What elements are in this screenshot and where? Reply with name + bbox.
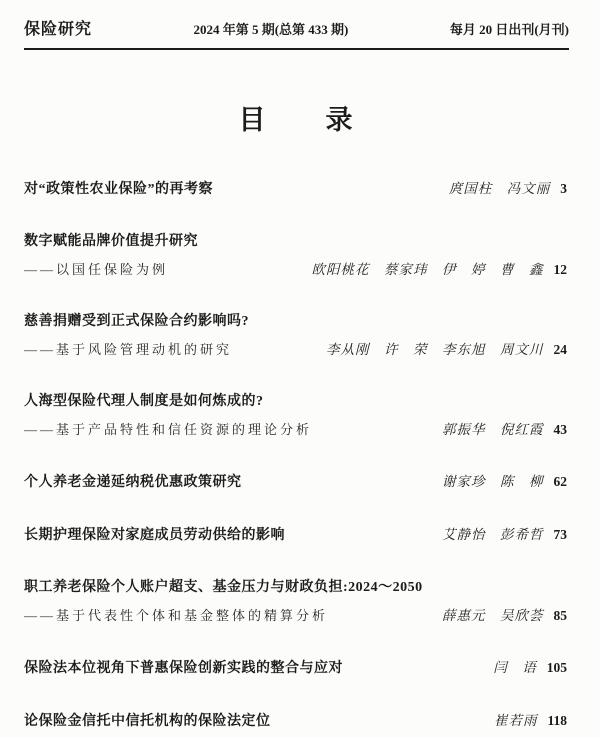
article-authors: 郭振华 倪红霞 <box>442 422 544 437</box>
article-authors: 艾静怡 彭希哲 <box>442 527 544 542</box>
toc-entry: 职工养老保险个人账户超支、基金压力与财政负担:2024～2050——基于代表性个… <box>24 574 567 630</box>
entry-subtitle-row: ——以国任保险为例欧阳桃花 蔡家玮 伊 婷 曹 鑫12 <box>24 256 567 284</box>
entry-subtitle-row: ——基于代表性个体和基金整体的精算分析薛惠元 吴欣荟85 <box>24 602 567 630</box>
article-page-number: 12 <box>554 262 568 277</box>
article-authors: 闫 语 <box>493 660 537 675</box>
toc-entry: 对“政策性农业保险”的再考察庹国柱 冯文丽3 <box>24 175 567 204</box>
article-title: 人海型保险代理人制度是如何炼成的? <box>24 388 264 416</box>
article-page-number: 24 <box>554 342 568 357</box>
article-title: 数字赋能品牌价值提升研究 <box>24 228 198 256</box>
toc-entry: 个人养老金递延纳税优惠政策研究谢家珍 陈 柳62 <box>24 468 567 497</box>
entry-title-row: 对“政策性农业保险”的再考察庹国柱 冯文丽3 <box>24 175 567 204</box>
toc-title: 目 录 <box>24 98 569 137</box>
article-authors-page: 艾静怡 彭希哲73 <box>442 521 567 549</box>
article-authors-page: 庹国柱 冯文丽3 <box>449 175 567 203</box>
article-authors: 欧阳桃花 蔡家玮 伊 婷 曹 鑫 <box>312 262 544 277</box>
article-subtitle: ——以国任保险为例 <box>24 256 168 284</box>
article-title: 论保险金信托中信托机构的保险法定位 <box>24 708 271 736</box>
article-authors: 谢家珍 陈 柳 <box>442 474 544 489</box>
article-page-number: 105 <box>547 660 567 675</box>
issue-info: 2024 年第 5 期(总第 433 期) <box>193 19 348 38</box>
article-authors: 李从刚 许 荣 李东旭 周文川 <box>326 342 544 357</box>
article-authors-page: 欧阳桃花 蔡家玮 伊 婷 曹 鑫12 <box>312 256 568 284</box>
article-authors-page: 薛惠元 吴欣荟85 <box>442 602 567 630</box>
toc-entry: 慈善捐赠受到正式保险合约影响吗?——基于风险管理动机的研究李从刚 许 荣 李东旭… <box>24 308 567 364</box>
toc-entry: 人海型保险代理人制度是如何炼成的?——基于产品特性和信任资源的理论分析郭振华 倪… <box>24 388 567 444</box>
journal-toc-page: 保险研究 2024 年第 5 期(总第 433 期) 每月 20 日出刊(月刊)… <box>0 0 600 737</box>
article-title: 职工养老保险个人账户超支、基金压力与财政负担:2024～2050 <box>24 574 423 602</box>
article-authors-page: 郭振华 倪红霞43 <box>442 416 567 444</box>
article-authors: 薛惠元 吴欣荟 <box>442 608 544 623</box>
article-authors-page: 崔若雨118 <box>494 707 567 735</box>
toc-entry: 论保险金信托中信托机构的保险法定位崔若雨118 <box>24 707 567 736</box>
article-subtitle: ——基于风险管理动机的研究 <box>24 336 232 364</box>
publication-schedule: 每月 20 日出刊(月刊) <box>450 19 569 38</box>
article-authors-page: 谢家珍 陈 柳62 <box>442 468 567 496</box>
entry-title-row: 慈善捐赠受到正式保险合约影响吗? <box>24 308 567 336</box>
article-authors-page: 李从刚 许 荣 李东旭 周文川24 <box>326 336 567 364</box>
entry-title-row: 职工养老保险个人账户超支、基金压力与财政负担:2024～2050 <box>24 574 567 602</box>
article-page-number: 85 <box>554 608 568 623</box>
toc-entry: 长期护理保险对家庭成员劳动供给的影响艾静怡 彭希哲73 <box>24 521 567 550</box>
article-page-number: 73 <box>554 527 568 542</box>
journal-name: 保险研究 <box>24 16 92 39</box>
article-authors-page: 闫 语105 <box>493 654 567 682</box>
entry-subtitle-row: ——基于风险管理动机的研究李从刚 许 荣 李东旭 周文川24 <box>24 336 567 364</box>
article-title: 个人养老金递延纳税优惠政策研究 <box>24 469 242 497</box>
article-page-number: 62 <box>554 474 568 489</box>
article-page-number: 118 <box>547 713 567 728</box>
article-authors: 崔若雨 <box>494 713 538 728</box>
article-page-number: 3 <box>560 181 567 196</box>
entry-title-row: 数字赋能品牌价值提升研究 <box>24 228 567 256</box>
article-page-number: 43 <box>554 422 568 437</box>
toc-entry: 保险法本位视角下普惠保险创新实践的整合与应对闫 语105 <box>24 654 567 683</box>
entry-title-row: 保险法本位视角下普惠保险创新实践的整合与应对闫 语105 <box>24 654 567 683</box>
entry-title-row: 长期护理保险对家庭成员劳动供给的影响艾静怡 彭希哲73 <box>24 521 567 550</box>
article-subtitle: ——基于产品特性和信任资源的理论分析 <box>24 416 312 444</box>
article-authors: 庹国柱 冯文丽 <box>449 181 551 196</box>
article-title: 保险法本位视角下普惠保险创新实践的整合与应对 <box>24 655 343 683</box>
article-subtitle: ——基于代表性个体和基金整体的精算分析 <box>24 602 328 630</box>
masthead: 保险研究 2024 年第 5 期(总第 433 期) 每月 20 日出刊(月刊) <box>24 16 569 50</box>
entry-subtitle-row: ——基于产品特性和信任资源的理论分析郭振华 倪红霞43 <box>24 416 567 444</box>
article-title: 长期护理保险对家庭成员劳动供给的影响 <box>24 522 285 550</box>
toc-entry: 数字赋能品牌价值提升研究——以国任保险为例欧阳桃花 蔡家玮 伊 婷 曹 鑫12 <box>24 228 567 284</box>
article-title: 慈善捐赠受到正式保险合约影响吗? <box>24 308 249 336</box>
article-title: 对“政策性农业保险”的再考察 <box>24 176 213 204</box>
entry-title-row: 人海型保险代理人制度是如何炼成的? <box>24 388 567 416</box>
entry-title-row: 论保险金信托中信托机构的保险法定位崔若雨118 <box>24 707 567 736</box>
toc-entries: 对“政策性农业保险”的再考察庹国柱 冯文丽3数字赋能品牌价值提升研究——以国任保… <box>24 175 569 736</box>
entry-title-row: 个人养老金递延纳税优惠政策研究谢家珍 陈 柳62 <box>24 468 567 497</box>
